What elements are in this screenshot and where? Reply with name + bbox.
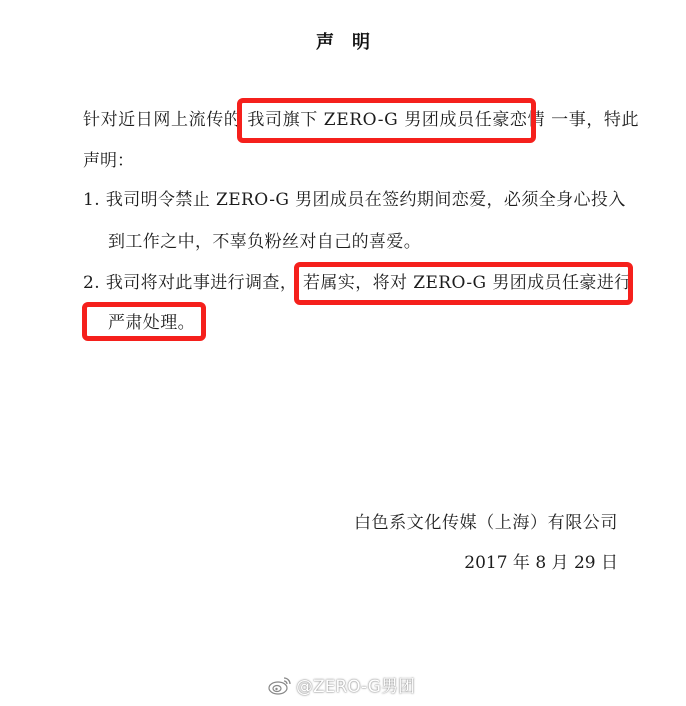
weibo-icon xyxy=(268,675,292,695)
highlight-box-if-true xyxy=(294,262,633,305)
highlight-box-romance-rumor xyxy=(237,98,536,143)
watermark-text: @ZERO-G男团 xyxy=(296,672,415,697)
paragraph-intro-line-2: 声明： xyxy=(83,149,134,173)
item-1-line-1: 1. 我司明令禁止 ZERO-G 男团成员在签约期间恋爱，必须全身心投入 xyxy=(83,188,626,212)
signature-company: 白色系文化传媒（上海）有限公司 xyxy=(354,511,618,535)
weibo-watermark: @ZERO-G男团 xyxy=(268,672,415,697)
highlight-box-serious-handling xyxy=(82,302,206,341)
signature-date: 2017 年 8 月 29 日 xyxy=(464,551,618,575)
item-1-line-2: 到工作之中，不辜负粉丝对自己的喜爱。 xyxy=(108,230,421,254)
document-title: 声明 xyxy=(0,28,686,54)
